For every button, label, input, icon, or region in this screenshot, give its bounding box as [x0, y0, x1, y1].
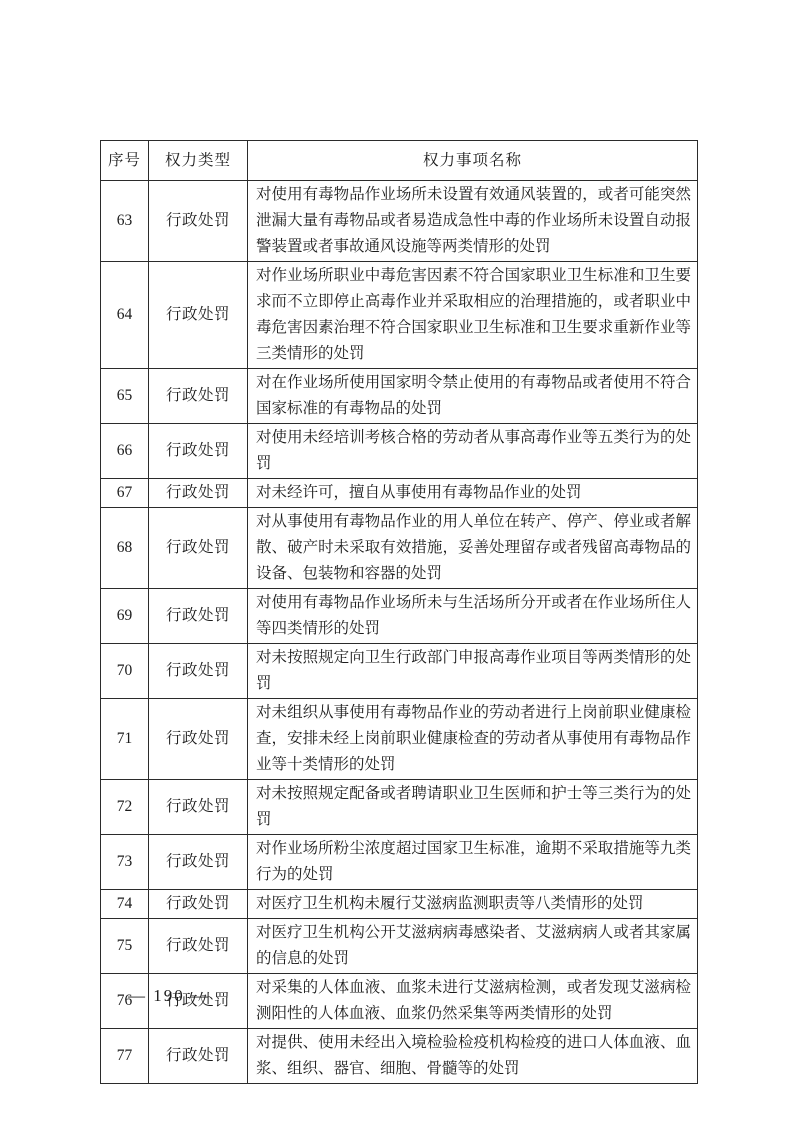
authority-type: 行政处罚	[149, 589, 248, 644]
authority-type: 行政处罚	[149, 508, 248, 589]
table-row: 63 行政处罚 对使用有毒物品作业场所未设置有效通风装置的，或者可能突然泄漏大量…	[101, 181, 698, 262]
authority-item-name: 对医疗卫生机构未履行艾滋病监测职责等八类情形的处罚	[248, 890, 698, 919]
table-row: 73 行政处罚 对作业场所粉尘浓度超过国家卫生标准，逾期不采取措施等九类行为的处…	[101, 835, 698, 890]
authority-type: 行政处罚	[149, 479, 248, 508]
table-row: 72 行政处罚 对未按照规定配备或者聘请职业卫生医师和护士等三类行为的处罚	[101, 780, 698, 835]
authority-item-name: 对使用未经培训考核合格的劳动者从事高毒作业等五类行为的处罚	[248, 424, 698, 479]
serial-number: 75	[101, 919, 149, 974]
table-row: 68 行政处罚 对从事使用有毒物品作业的用人单位在转产、停产、停业或者解散、破产…	[101, 508, 698, 589]
table-row: 67 行政处罚 对未经许可，擅自从事使用有毒物品作业的处罚	[101, 479, 698, 508]
authority-item-name: 对使用有毒物品作业场所未设置有效通风装置的，或者可能突然泄漏大量有毒物品或者易造…	[248, 181, 698, 262]
authority-type: 行政处罚	[149, 890, 248, 919]
authority-type: 行政处罚	[149, 181, 248, 262]
header-serial-number: 序号	[101, 141, 149, 181]
serial-number: 73	[101, 835, 149, 890]
table-row: 74 行政处罚 对医疗卫生机构未履行艾滋病监测职责等八类情形的处罚	[101, 890, 698, 919]
authority-item-name: 对使用有毒物品作业场所未与生活场所分开或者在作业场所住人等四类情形的处罚	[248, 589, 698, 644]
authority-item-name: 对从事使用有毒物品作业的用人单位在转产、停产、停业或者解散、破产时未采取有效措施…	[248, 508, 698, 589]
authority-item-name: 对采集的人体血液、血浆未进行艾滋病检测，或者发现艾滋病检测阳性的人体血液、血浆仍…	[248, 974, 698, 1029]
authority-item-name: 对未按照规定配备或者聘请职业卫生医师和护士等三类行为的处罚	[248, 780, 698, 835]
authority-item-name: 对未组织从事使用有毒物品作业的劳动者进行上岗前职业健康检查，安排未经上岗前职业健…	[248, 699, 698, 780]
serial-number: 69	[101, 589, 149, 644]
table-row: 75 行政处罚 对医疗卫生机构公开艾滋病病毒感染者、艾滋病病人或者其家属的信息的…	[101, 919, 698, 974]
table-row: 65 行政处罚 对在作业场所使用国家明令禁止使用的有毒物品或者使用不符合国家标准…	[101, 369, 698, 424]
serial-number: 66	[101, 424, 149, 479]
serial-number: 64	[101, 262, 149, 369]
serial-number: 72	[101, 780, 149, 835]
serial-number: 65	[101, 369, 149, 424]
authority-item-name: 对医疗卫生机构公开艾滋病病毒感染者、艾滋病病人或者其家属的信息的处罚	[248, 919, 698, 974]
table-row: 77 行政处罚 对提供、使用未经出入境检验检疫机构检疫的进口人体血液、血浆、组织…	[101, 1029, 698, 1084]
authority-item-name: 对作业场所职业中毒危害因素不符合国家职业卫生标准和卫生要求而不立即停止高毒作业并…	[248, 262, 698, 369]
authority-item-name: 对未按照规定向卫生行政部门申报高毒作业项目等两类情形的处罚	[248, 644, 698, 699]
authority-items-table: 序号 权力类型 权力事项名称 63 行政处罚 对使用有毒物品作业场所未设置有效通…	[100, 140, 698, 1084]
serial-number: 70	[101, 644, 149, 699]
serial-number: 71	[101, 699, 149, 780]
authority-type: 行政处罚	[149, 369, 248, 424]
serial-number: 68	[101, 508, 149, 589]
header-authority-type: 权力类型	[149, 141, 248, 181]
table-row: 70 行政处罚 对未按照规定向卫生行政部门申报高毒作业项目等两类情形的处罚	[101, 644, 698, 699]
authority-item-name: 对提供、使用未经出入境检验检疫机构检疫的进口人体血液、血浆、组织、器官、细胞、骨…	[248, 1029, 698, 1084]
table-row: 69 行政处罚 对使用有毒物品作业场所未与生活场所分开或者在作业场所住人等四类情…	[101, 589, 698, 644]
table-header-row: 序号 权力类型 权力事项名称	[101, 141, 698, 181]
serial-number: 74	[101, 890, 149, 919]
authority-type: 行政处罚	[149, 424, 248, 479]
table-row: 64 行政处罚 对作业场所职业中毒危害因素不符合国家职业卫生标准和卫生要求而不立…	[101, 262, 698, 369]
table-row: 66 行政处罚 对使用未经培训考核合格的劳动者从事高毒作业等五类行为的处罚	[101, 424, 698, 479]
authority-type: 行政处罚	[149, 699, 248, 780]
authority-type: 行政处罚	[149, 780, 248, 835]
document-page: 序号 权力类型 权力事项名称 63 行政处罚 对使用有毒物品作业场所未设置有效通…	[0, 0, 793, 1122]
authority-item-name: 对未经许可，擅自从事使用有毒物品作业的处罚	[248, 479, 698, 508]
table-row: 71 行政处罚 对未组织从事使用有毒物品作业的劳动者进行上岗前职业健康检查，安排…	[101, 699, 698, 780]
serial-number: 77	[101, 1029, 149, 1084]
authority-item-name: 对作业场所粉尘浓度超过国家卫生标准，逾期不采取措施等九类行为的处罚	[248, 835, 698, 890]
authority-type: 行政处罚	[149, 1029, 248, 1084]
authority-type: 行政处罚	[149, 262, 248, 369]
authority-type: 行政处罚	[149, 835, 248, 890]
authority-type: 行政处罚	[149, 644, 248, 699]
authority-type: 行政处罚	[149, 919, 248, 974]
serial-number: 63	[101, 181, 149, 262]
page-number: — 190 —	[128, 986, 210, 1006]
serial-number: 67	[101, 479, 149, 508]
header-authority-item-name: 权力事项名称	[248, 141, 698, 181]
authority-item-name: 对在作业场所使用国家明令禁止使用的有毒物品或者使用不符合国家标准的有毒物品的处罚	[248, 369, 698, 424]
